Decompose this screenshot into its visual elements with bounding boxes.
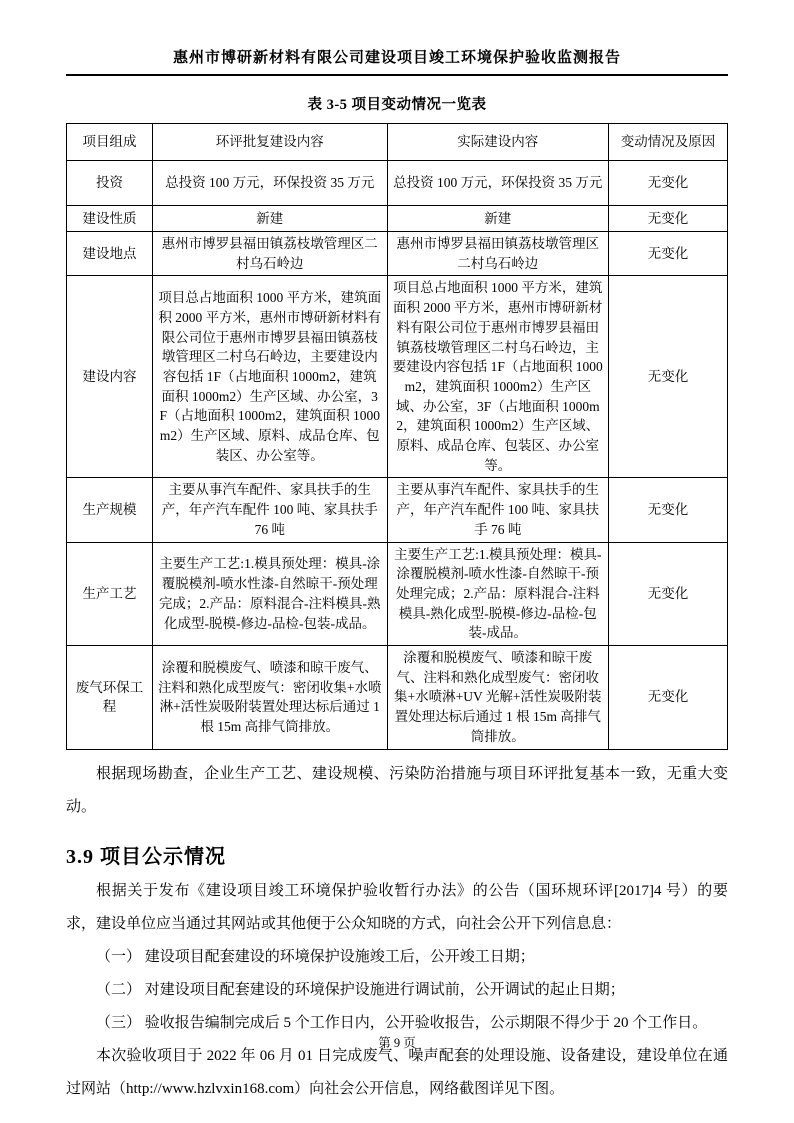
cell-label: 投资 <box>67 161 153 206</box>
header-cell-approved: 环评批复建设内容 <box>152 124 387 161</box>
section-heading-3-9: 3.9 项目公示情况 <box>66 840 728 869</box>
cell-approved: 项目总占地面积 1000 平方米，建筑面积 2000 平方米，惠州市博研新材料有… <box>152 276 387 478</box>
cell-approved: 总投资 100 万元，环保投资 35 万元 <box>152 161 387 206</box>
cell-label: 建设性质 <box>67 206 153 232</box>
list-item-1: （一） 建设项目配套建设的环境保护设施竣工后，公开竣工日期； <box>66 941 728 974</box>
cell-label: 生产规模 <box>67 478 153 542</box>
cell-change: 无变化 <box>609 646 728 750</box>
cell-change: 无变化 <box>609 542 728 646</box>
cell-label: 生产工艺 <box>67 542 153 646</box>
project-change-table: 项目组成 环评批复建设内容 实际建设内容 变动情况及原因 投资 总投资 100 … <box>66 123 728 750</box>
cell-change: 无变化 <box>609 276 728 478</box>
cell-label: 建设内容 <box>67 276 153 478</box>
list-item-2: （二） 对建设项目配套建设的环境保护设施进行调试前，公开调试的起止日期； <box>66 974 728 1007</box>
page-number: 第 9 页 <box>0 1033 794 1051</box>
document-header-title: 惠州市博研新材料有限公司建设项目竣工环境保护验收监测报告 <box>66 46 728 76</box>
cell-approved: 惠州市博罗县福田镇荔枝墩管理区二村乌石岭边 <box>152 232 387 276</box>
table-row: 生产规模 主要从事汽车配件、家具扶手的生产，年产汽车配件 100 吨、家具扶手 … <box>67 478 728 542</box>
cell-actual: 涂覆和脱模废气、喷漆和晾干废气、注料和熟化成型废气：密闭收集+水喷淋+UV 光解… <box>387 646 608 750</box>
table-row: 建设地点 惠州市博罗县福田镇荔枝墩管理区二村乌石岭边 惠州市博罗县福田镇荔枝墩管… <box>67 232 728 276</box>
table-row: 生产工艺 主要生产工艺:1.模具预处理：模具-涂覆脱模剂-喷水性漆-自然晾干-预… <box>67 542 728 646</box>
cell-approved: 主要生产工艺:1.模具预处理：模具-涂覆脱模剂-喷水性漆-自然晾干-预处理完成；… <box>152 542 387 646</box>
cell-change: 无变化 <box>609 232 728 276</box>
cell-change: 无变化 <box>609 161 728 206</box>
table-row: 投资 总投资 100 万元，环保投资 35 万元 总投资 100 万元，环保投资… <box>67 161 728 206</box>
cell-change: 无变化 <box>609 478 728 542</box>
table-row: 建设内容 项目总占地面积 1000 平方米，建筑面积 2000 平方米，惠州市博… <box>67 276 728 478</box>
header-cell-change: 变动情况及原因 <box>609 124 728 161</box>
cell-actual: 总投资 100 万元，环保投资 35 万元 <box>387 161 608 206</box>
cell-actual: 新建 <box>387 206 608 232</box>
table-row: 建设性质 新建 新建 无变化 <box>67 206 728 232</box>
paragraph-after-table: 根据现场勘查，企业生产工艺、建设规模、污染防治措施与项目环评批复基本一致，无重大… <box>66 758 728 824</box>
table-row: 废气环保工程 涂覆和脱模废气、喷漆和晾干废气、注料和熟化成型废气：密闭收集+水喷… <box>67 646 728 750</box>
table-header-row: 项目组成 环评批复建设内容 实际建设内容 变动情况及原因 <box>67 124 728 161</box>
cell-label: 废气环保工程 <box>67 646 153 750</box>
document-page: 惠州市博研新材料有限公司建设项目竣工环境保护验收监测报告 表 3-5 项目变动情… <box>0 0 794 1123</box>
header-cell-label: 项目组成 <box>67 124 153 161</box>
cell-approved: 新建 <box>152 206 387 232</box>
cell-approved: 主要从事汽车配件、家具扶手的生产，年产汽车配件 100 吨、家具扶手 76 吨 <box>152 478 387 542</box>
page-content: 惠州市博研新材料有限公司建设项目竣工环境保护验收监测报告 表 3-5 项目变动情… <box>0 0 794 1106</box>
cell-actual: 惠州市博罗县福田镇荔枝墩管理区二村乌石岭边 <box>387 232 608 276</box>
cell-actual: 项目总占地面积 1000 平方米，建筑面积 2000 平方米，惠州市博研新材料有… <box>387 276 608 478</box>
cell-actual: 主要生产工艺:1.模具预处理：模具-涂覆脱模剂-喷水性漆-自然晾干-预处理完成；… <box>387 542 608 646</box>
paragraph-intro: 根据关于发布《建设项目竣工环境保护验收暂行办法》的公告（国环规环评[2017]4… <box>66 875 728 941</box>
cell-approved: 涂覆和脱模废气、喷漆和晾干废气、注料和熟化成型废气：密闭收集+水喷淋+活性炭吸附… <box>152 646 387 750</box>
header-cell-actual: 实际建设内容 <box>387 124 608 161</box>
cell-label: 建设地点 <box>67 232 153 276</box>
cell-actual: 主要从事汽车配件、家具扶手的生产，年产汽车配件 100 吨、家具扶手 76 吨 <box>387 478 608 542</box>
cell-change: 无变化 <box>609 206 728 232</box>
table-title: 表 3-5 项目变动情况一览表 <box>66 93 728 114</box>
